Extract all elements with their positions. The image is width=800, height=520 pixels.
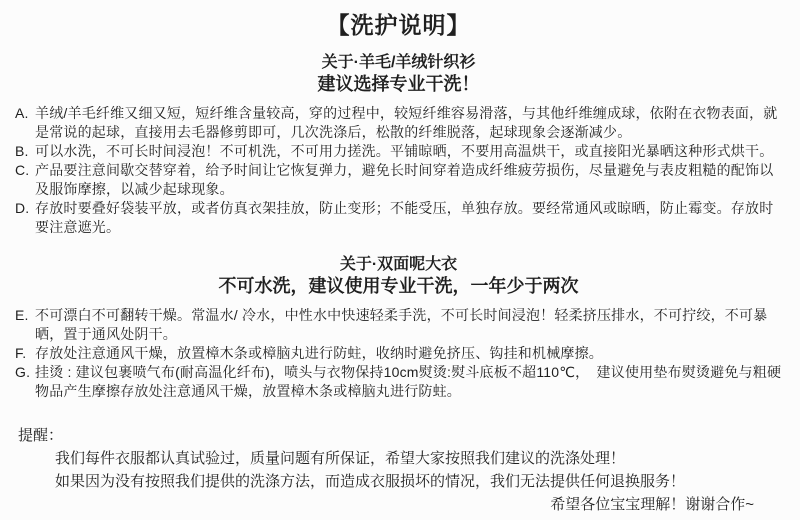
list-item: D. 存放时要叠好袋装平放，或者仿真衣架挂放，防止变形；不能受压，单独存放。要经… [15,199,782,237]
list-item: E. 不可漂白不可翻转干燥。常温水/ 冷水，中性水中快速轻柔手洗，不可长时间浸泡… [15,306,782,344]
list-item-text: 存放处注意通风干燥，放置樟木条或樟脑丸进行防蛀，收纳时避免挤压、钩挂和机械摩擦。 [35,345,603,361]
section-knitwear-heading: 关于·羊毛/羊绒针织衫 [15,52,782,73]
reminder-line: 我们每件衣服都认真试验过，质量问题有所保证，希望大家按照我们建议的洗涤处理！ [55,447,782,470]
list-item: B. 可以水洗，不可长时间浸泡！不可机洗，不可用力搓洗。平铺晾晒，不要用高温烘干… [15,142,782,161]
list-item-marker: C. [15,161,29,180]
section-coat: 关于·双面呢大衣 不可水洗，建议使用专业干洗，一年少于两次 E. 不可漂白不可翻… [15,254,782,401]
list-item-text: 羊绒/羊毛纤维又细又短，短纤维含量较高，穿的过程中，较短纤维容易滑落，与其他纤维… [35,105,778,140]
list-item-text: 不可漂白不可翻转干燥。常温水/ 冷水，中性水中快速轻柔手洗，不可长时间浸泡！轻柔… [35,307,767,342]
section-knitwear: 关于·羊毛/羊绒针织衫 建议选择专业干洗！ A. 羊绒/羊毛纤维又细又短，短纤维… [15,52,782,237]
reminder-section: 提醒： 我们每件衣服都认真试验过，质量问题有所保证，希望大家按照我们建议的洗涤处… [15,424,782,516]
list-item-marker: D. [15,199,29,218]
list-item-text: 产品要注意间歇交替穿着，给予时间让它恢复弹力，避免长时间穿着造成纤维疲劳损伤，尽… [35,162,773,197]
list-item-marker: F. [15,344,26,363]
reminder-label: 提醒： [18,424,782,447]
list-item: C. 产品要注意间歇交替穿着，给予时间让它恢复弹力，避免长时间穿着造成纤维疲劳损… [15,161,782,199]
list-item-text: 挂烫 : 建议包裹喷气布(耐高温化纤布)，喷头与衣物保持10cm熨烫:熨斗底板不… [35,364,781,399]
section-coat-subheading: 不可水洗，建议使用专业干洗，一年少于两次 [15,275,782,298]
reminder-line: 如果因为没有按照我们提供的洗涤方法，而造成衣服损坏的情况，我们无法提供任何退换服… [55,470,782,493]
coat-care-list: E. 不可漂白不可翻转干燥。常温水/ 冷水，中性水中快速轻柔手洗，不可长时间浸泡… [15,306,782,401]
list-item-marker: B. [15,142,29,161]
list-item: A. 羊绒/羊毛纤维又细又短，短纤维含量较高，穿的过程中，较短纤维容易滑落，与其… [15,104,782,142]
list-item-marker: E. [15,306,29,325]
list-item-text: 可以水洗，不可长时间浸泡！不可机洗，不可用力搓洗。平铺晾晒，不要用高温烘干，或直… [35,143,773,159]
list-item: G. 挂烫 : 建议包裹喷气布(耐高温化纤布)，喷头与衣物保持10cm熨烫:熨斗… [15,363,782,401]
section-coat-heading: 关于·双面呢大衣 [15,254,782,275]
list-item: F. 存放处注意通风干燥，放置樟木条或樟脑丸进行防蛀，收纳时避免挤压、钩挂和机械… [15,344,782,363]
reminder-closing: 希望各位宝宝理解！谢谢合作~ [15,493,782,516]
spacer [15,237,782,254]
list-item-marker: G. [15,363,30,382]
page-title: 【洗护说明】 [15,10,782,40]
list-item-text: 存放时要叠好袋装平放，或者仿真衣架挂放，防止变形；不能受压，单独存放。要经常通风… [35,200,773,235]
care-instructions-page: 【洗护说明】 关于·羊毛/羊绒针织衫 建议选择专业干洗！ A. 羊绒/羊毛纤维又… [0,0,800,520]
list-item-marker: A. [15,104,29,123]
knitwear-care-list: A. 羊绒/羊毛纤维又细又短，短纤维含量较高，穿的过程中，较短纤维容易滑落，与其… [15,104,782,237]
section-knitwear-subheading: 建议选择专业干洗！ [15,73,782,96]
